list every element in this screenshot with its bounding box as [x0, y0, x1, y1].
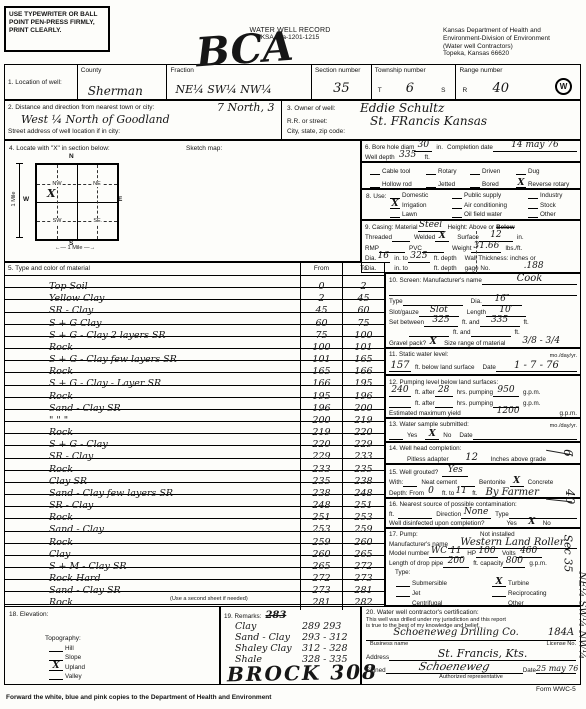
material-row: S + G - Clay 220 229: [5, 434, 384, 446]
location-label-cell: 1. Location of well:: [5, 65, 77, 99]
remark-text: Clay: [235, 621, 302, 632]
fraction-label: Fraction: [170, 67, 193, 75]
pump-type-option: Submersible: [396, 579, 492, 587]
owner-name: Eddie Schultz: [360, 101, 444, 115]
pumping-level-blank: 240: [389, 386, 411, 397]
capacity-gpm-label: g.p.m.: [529, 561, 547, 568]
remark-text: Sand - Clay: [235, 632, 302, 643]
dia2-suffix: ft. depth: [434, 266, 457, 273]
static-label: 11. Static water level:: [389, 352, 448, 359]
yield-blank: 1200: [461, 407, 556, 418]
use-checkbox: X: [390, 201, 400, 209]
pumping-level-value: 240: [391, 385, 408, 395]
section-number-cell: Section number 35: [311, 65, 371, 99]
set-to-value: 335: [491, 315, 508, 325]
pumping2-hours-blank: [435, 407, 453, 408]
method-option: Rotary: [426, 167, 470, 175]
instruction-line: USE TYPEWRITER OR BALL: [9, 11, 105, 19]
pump-model-label: Model number: [389, 551, 429, 558]
screen-label: 10. Screen: Manufacturer's name: [389, 278, 482, 285]
pump-type-checkbox: X: [492, 579, 506, 587]
county-label: County: [81, 67, 102, 75]
length-value: 10′: [499, 305, 513, 315]
size-range-label: Size range of material: [444, 341, 505, 348]
sample-no-label: No: [443, 433, 451, 440]
quadrant-sw: SW: [52, 218, 63, 224]
threaded-blank: [392, 241, 410, 242]
surface-unit: in.: [517, 235, 524, 242]
use-options: Domestic Public supply Industry X Irriga…: [362, 190, 580, 218]
sample-no-blank: X: [425, 431, 439, 440]
remark-text: Shaley Clay: [235, 643, 302, 654]
materials-header: 5. Type and color of material From To: [5, 263, 384, 276]
second-sheet-note: (Use a second sheet if needed): [168, 596, 250, 602]
neat-blank: [403, 486, 417, 487]
section-grid: NW NE SW SE X: [35, 163, 119, 241]
topography-checkbox: [49, 679, 63, 680]
method-checkbox: [470, 187, 480, 188]
grid-center-horizontal: [37, 202, 117, 203]
topography-option: Slope: [49, 654, 85, 661]
method-option-label: Reverse rotary: [528, 181, 569, 188]
threaded-label: Threaded: [365, 235, 392, 242]
mile-bottom-arrow-right: —→: [84, 245, 95, 251]
pump-type-option: X Turbine: [492, 579, 580, 587]
weight-value: 31.66: [474, 241, 500, 251]
license-blank: 184A: [546, 622, 576, 641]
owner-street-label: R.R. or street:: [287, 118, 327, 126]
topography-checkbox: X: [49, 663, 63, 671]
method-option: Hollow rod: [370, 179, 426, 188]
static-date-value: 1 - 7 - 76: [514, 360, 559, 371]
mile-left-cap-top: [16, 163, 23, 164]
use-option: Stock: [528, 201, 580, 209]
use-option: Lawn: [390, 211, 452, 218]
contamination-label: 16. Nearest source of possible contamina…: [389, 502, 517, 509]
range-cell: Range number R 40 W: [455, 65, 580, 99]
screen-type-label: Type: [389, 299, 403, 306]
remarks-big-note: BROCK 308: [227, 660, 378, 687]
method-option-label: Hollow rod: [382, 181, 412, 188]
use-option: Domestic: [390, 192, 452, 199]
casing-divider: [476, 231, 477, 273]
weight-unit: lbs./ft.: [505, 246, 522, 253]
static-date-blank: 1 - 7 - 76: [496, 360, 577, 372]
yield-label: Estimated maximum yield: [389, 411, 461, 418]
grout-to-label: ft. to: [442, 491, 454, 498]
grout-ft-label: ft.: [472, 491, 477, 498]
set-to-blank: 335: [480, 316, 520, 327]
from-header: From: [300, 263, 342, 275]
section-2-distance: 2. Distance and direction from nearest t…: [5, 101, 281, 139]
casing-label: 9. Casing: Material: [365, 225, 418, 232]
remarks-rows: Clay 289 293 Sand - Clay 293 - 312 Shale…: [221, 621, 360, 665]
topography-checkbox: [49, 651, 63, 652]
method-option: Dug: [516, 167, 582, 175]
section-4-locate: 4. Locate with "X" in section below: Ske…: [4, 140, 361, 262]
signature-date-value: 25 may 76: [536, 664, 578, 673]
pump-type-option-label: Submersible: [412, 580, 447, 587]
section-8-use: 8. Use: Domestic Public supply Industry: [361, 189, 581, 220]
compass-w: W: [23, 196, 29, 204]
pump-type-option-label: Reciprocating: [508, 590, 547, 597]
owner-label: 3. Owner of well:: [287, 105, 335, 113]
mile-bottom-arrow-left: ←—: [55, 245, 66, 251]
remark-row: Sand - Clay 293 - 312: [221, 632, 360, 643]
pump-mfr-value: Western Land Roller: [460, 537, 564, 548]
topography-option-label: Slope: [65, 654, 81, 661]
address-blank: St. Francis, Kts.: [389, 647, 576, 661]
section-13-sample: 13. Water sample submitted: mo./day/yr. …: [385, 418, 581, 442]
distance-value-2: West ¼ North of Goodland: [21, 113, 170, 126]
sample-label: 13. Water sample submitted:: [389, 422, 469, 429]
township-cell: Township number T 6 S: [371, 65, 456, 99]
use-option-label: Stock: [540, 202, 556, 209]
welded-label: Welded: [414, 235, 435, 242]
pumping-gpm-blank: 950: [493, 386, 519, 397]
use-checkbox: [452, 217, 462, 218]
section-16-contamination: 16. Nearest source of possible contamina…: [385, 498, 581, 528]
material-row: Clay 260 265: [5, 544, 384, 556]
topography-options: Hill Slope X Upland Valley: [49, 645, 85, 680]
stamp-bca: BCA: [194, 23, 294, 77]
dia1-mid: in. to: [394, 256, 408, 263]
material-row: S + G - Clay - Layer SR 166 195: [5, 373, 384, 385]
gage-label: gage No.: [465, 266, 491, 273]
material-row: Yellow Clay 2 45: [5, 288, 384, 300]
size-range-value: 3/8 - 3/4: [522, 336, 560, 346]
license-value: 184A: [548, 627, 574, 638]
capacity-value: 800: [506, 556, 523, 566]
grout-value: Yes: [448, 465, 463, 475]
topography-option: Valley: [49, 673, 85, 680]
screen-mfr-value: Cook: [517, 273, 543, 284]
township-t: T: [378, 87, 382, 95]
method-checkbox: [516, 174, 526, 175]
method-option-label: Bored: [482, 181, 499, 188]
section-number-value: 35: [312, 81, 371, 96]
signature-date-blank: 25 may 76: [536, 664, 576, 674]
drop-pipe-label: Length of drop pipe: [389, 561, 443, 568]
section-12-pumping: 12. Pumping level below land surfaces: 2…: [385, 375, 581, 418]
grout-by-value: By Farmer: [486, 487, 539, 498]
weight-label: Weight: [452, 246, 471, 253]
topography-option: Hill: [49, 645, 85, 652]
use-checkbox: [452, 208, 462, 209]
instruction-line: POINT PEN-PRESS FIRMLY,: [9, 19, 105, 27]
method-option-label: Jetted: [438, 181, 455, 188]
grout-with-label: With:: [389, 480, 403, 487]
signature-blank: Schoeneweg: [386, 660, 523, 674]
gravel-label: Gravel pack?: [389, 341, 426, 348]
remark-range: 289 293: [302, 621, 360, 632]
capacity-label: ft. capacity: [473, 561, 503, 568]
instruction-box: USE TYPEWRITER OR BALL POINT PEN-PRESS F…: [4, 6, 110, 52]
material-row: Sand - Clay SR 196 200: [5, 398, 384, 410]
sample-no-mark: X: [429, 429, 436, 439]
dia1-suffix: ft. depth: [434, 256, 457, 263]
section-5-materials: 5. Type and color of material From To To…: [4, 262, 385, 607]
topography-option: X Upland: [49, 663, 85, 671]
margin-note-range: 40: [563, 489, 577, 509]
pumping-after-label: ft. after: [415, 390, 435, 397]
instruction-line: PRINT CLEARLY.: [9, 27, 105, 35]
size-range-blank: 3/8 - 3/4: [505, 337, 577, 348]
method-option: Cable tool: [370, 167, 426, 175]
method-option: Bored: [470, 179, 516, 188]
gage-blank: .188: [490, 262, 577, 273]
set-ft: ft.: [524, 320, 529, 327]
use-checkbox: [528, 208, 538, 209]
use-option-label: Domestic: [402, 192, 428, 199]
use-option-label: Public supply: [464, 192, 501, 199]
quadrant-ne: NE: [92, 181, 102, 187]
set2-ft-and: ft. and: [453, 330, 471, 337]
use-option-label: Oil field water: [464, 211, 502, 218]
direction-value: None: [464, 507, 488, 517]
welded-mark: X: [439, 231, 446, 241]
sample-date-blank: [473, 439, 577, 440]
dia2-label: Dia.: [365, 266, 376, 273]
sample-date-label: Date: [459, 433, 472, 440]
method-checkbox: X: [516, 180, 526, 188]
material-row: Rock 259 260: [5, 532, 384, 544]
use-option-label: Lawn: [402, 211, 417, 218]
mile-left-line: [19, 163, 20, 237]
section-3-owner: 3. Owner of well: Eddie Schultz R.R. or …: [281, 101, 580, 139]
owner-street-value: St. FRancis Kansas: [370, 114, 487, 128]
topography-option-label: Valley: [65, 673, 82, 680]
contamination-type-label: Type: [495, 512, 509, 519]
material-row: Rock 165 166: [5, 361, 384, 373]
grid-dash-v1: [57, 165, 58, 239]
pump-type-option: Reciprocating: [492, 590, 580, 597]
static-below-label: ft. below land surface: [415, 365, 475, 372]
range-value: 40: [492, 81, 509, 96]
method-option-label: Dug: [528, 168, 540, 175]
pump-type-checkbox: [396, 586, 410, 587]
section-15-grout: 15. Well grouted? Yes With: Neat cement …: [385, 464, 581, 498]
use-option: Other: [528, 211, 580, 218]
remark-range: 293 - 312: [302, 632, 360, 643]
agency-line: Environment-Division of Environment: [443, 35, 550, 43]
grout-to-blank: 11: [454, 487, 468, 498]
materials-body: Top Soil 0 2 Yellow Clay 2 45 SR - Clay …: [5, 276, 384, 605]
grid-dash-h1: [37, 184, 117, 185]
pump-type-options: Submersible X Turbine Jet Reciprocating: [386, 577, 580, 607]
dia1-depth-blank: 325: [408, 252, 430, 263]
material-row: SR - Clay 45 60: [5, 300, 384, 312]
wellhead-label: 14. Well head completion:: [389, 446, 461, 453]
pump-type-option: Jet: [396, 590, 492, 597]
section-11-static: 11. Static water level: mo./day/yr. 157 …: [385, 348, 581, 375]
pump-hp-blank: 100: [476, 547, 498, 558]
grid-dash-v2: [97, 165, 98, 239]
method-option: Jetted: [426, 179, 470, 188]
topography-label: Topography:: [45, 635, 81, 643]
certification-label: 20. Water well contractor's certificatio…: [366, 609, 576, 617]
use-option: Oil field water: [452, 211, 528, 218]
county-value: Sherman: [88, 84, 143, 98]
material-row: S + M - Clay SR 265 272: [5, 556, 384, 568]
authorized-rep-label: Authorized representative: [366, 674, 576, 680]
margin-note-township: 6: [561, 449, 575, 457]
township-s: S: [441, 87, 445, 95]
static-date-label: Date: [483, 365, 496, 372]
business-name-value: Schoeneweg Drilling Co.: [393, 627, 519, 638]
section-6-bore: 6. Bore hole diam 30 in. Completion date…: [361, 140, 581, 162]
grid-dash-h2: [37, 221, 117, 222]
section-19-remarks: 19. Remarks: 283 Clay 289 293 Sand - Cla…: [220, 606, 361, 685]
material-row: Rock 233 235: [5, 459, 384, 471]
use-option-label: Air conditioning: [464, 202, 507, 209]
completion-value: 14 may 76: [511, 140, 559, 150]
use-option-label: Other: [540, 211, 556, 218]
drop-pipe-blank: 200: [443, 557, 469, 568]
screen-dia-label: Dia.: [471, 299, 482, 306]
method-checkbox: [370, 187, 380, 188]
use-checkbox: [390, 217, 400, 218]
method-checkbox: [370, 174, 380, 175]
contamination-ft-blank: [398, 518, 432, 519]
gravel-blank: X: [426, 339, 440, 348]
section-20-certification: 20. Water well contractor's certificatio…: [361, 606, 581, 685]
use-option: X Irrigation: [390, 201, 452, 209]
gravel-mark: X: [430, 337, 437, 347]
topography-option-label: Hill: [65, 645, 74, 652]
footer-distribution: Forward the white, blue and pink copies …: [6, 694, 271, 702]
slot-value: Slot: [430, 305, 448, 315]
static-level-value: 157: [390, 360, 409, 371]
material-row: Rock Hard 272 273: [5, 568, 384, 580]
mile-left-label: 1 Mile: [11, 176, 17, 222]
pump-label: 17. Pump:: [389, 532, 418, 539]
set-from-value: 325: [432, 315, 449, 325]
yield-value: 1200: [497, 406, 520, 416]
remarks-label: 19. Remarks:: [224, 614, 261, 621]
material-row: Top Soil 0 2: [5, 276, 384, 288]
locate-label: 4. Locate with "X" in section below:: [9, 145, 110, 153]
method-option-label: Cable tool: [382, 168, 410, 175]
capacity-blank: 800: [503, 557, 525, 568]
wellhead-height-value: 12: [465, 452, 478, 463]
materials-label: 5. Type and color of material: [5, 263, 300, 275]
bore-dia-value: 30: [418, 140, 429, 150]
pump-type-option-label: Jet: [412, 590, 420, 597]
set-ft-and: ft. and: [462, 320, 480, 327]
material-row: S + G - Clay few layers SR 101 165: [5, 349, 384, 361]
pump-type-label: Type:: [395, 570, 410, 577]
well-depth-value: 335: [399, 150, 416, 160]
grout-from-blank: 0: [424, 487, 438, 498]
use-checkbox: [528, 198, 538, 199]
material-row: Sand - Clay 253 259: [5, 519, 384, 531]
pumping2-after-label: ft. after: [415, 401, 435, 408]
sketch-map-label: Sketch map:: [186, 145, 222, 153]
county-cell: County Sherman: [77, 65, 167, 99]
completion-blank: 14 may 76: [493, 141, 577, 152]
agency-line: Topeka, Kansas 66620: [443, 50, 550, 58]
use-option: Air conditioning: [452, 201, 528, 209]
use-option: Public supply: [452, 192, 528, 199]
topography-option-label: Upland: [65, 664, 85, 671]
drop-pipe-value: 200: [448, 556, 465, 566]
section-10-screen: 10. Screen: Manufacturer's name Cook Typ…: [385, 273, 581, 348]
section-18-elevation: 18. Elevation: Topography: Hill Slope X …: [4, 606, 220, 685]
contamination-type-blank: [509, 518, 577, 519]
location-label: 1. Location of well:: [8, 79, 62, 87]
grout-label: 15. Well grouted?: [389, 470, 438, 477]
pumping-gpm-value: 950: [497, 385, 514, 395]
dia1-depth-value: 325: [410, 251, 427, 261]
material-row: Rock 100 101: [5, 337, 384, 349]
wellhead-height-blank: 12: [457, 452, 487, 464]
pumping2-level-blank: [389, 407, 411, 408]
quadrant-se: SE: [92, 218, 101, 224]
pump-type-checkbox: [492, 596, 506, 597]
grout-to-value: 11: [456, 486, 467, 496]
grout-from-value: 0: [428, 486, 434, 496]
set-between-label: Set between: [389, 320, 424, 327]
bore-in-label: in.: [436, 145, 443, 152]
method-checkbox: [426, 174, 436, 175]
section-number-label: Section number: [315, 67, 361, 75]
margin-note-section: Sec 35: [562, 535, 575, 575]
surface-value: 12: [490, 230, 501, 240]
material-row: S + G Clay 60 75: [5, 313, 384, 325]
casing-material-value: Steel: [419, 220, 442, 230]
material-row: Rock 195 196: [5, 386, 384, 398]
use-option-label: Industry: [540, 192, 562, 199]
township-value: 6: [406, 81, 414, 96]
distance-label: 2. Distance and direction from nearest t…: [8, 104, 154, 112]
sample-yes-blank: [389, 439, 403, 440]
section-17-pump: 17. Pump: Not installed Manufacturer's n…: [385, 528, 581, 606]
fraction-value: NE¼ SW¼ NW¼: [175, 83, 271, 96]
pump-type-option-label: Turbine: [508, 580, 529, 587]
row-distance-owner: 2. Distance and direction from nearest t…: [4, 100, 581, 140]
wellhead-suffix: Inches above grade: [491, 457, 546, 464]
material-row: " " " 200 219: [5, 410, 384, 422]
remark-range: 312 - 328: [302, 643, 360, 654]
remark-row: Shaley Clay 312 - 328: [221, 643, 360, 654]
use-label: 8. Use:: [366, 193, 387, 201]
pumping-hours-blank: 28: [435, 386, 453, 397]
material-row: Sand - Clay SR 273 281: [5, 580, 384, 592]
remarks-struck: 283: [265, 610, 286, 621]
material-row: SR - Clay 248 251: [5, 495, 384, 507]
compass-n: N: [69, 153, 74, 161]
mile-bottom-text: 1 Mile: [68, 245, 83, 251]
remark-row: Clay 289 293: [221, 621, 360, 632]
section-7-method: Cable tool Rotary Driven Dug Hollow rod: [361, 162, 581, 189]
material-row: Sand - Clay few layers SR 238 248: [5, 483, 384, 495]
dia1-label: Dia.: [365, 256, 376, 263]
elevation-label: 18. Elevation:: [9, 611, 48, 619]
method-checkbox: [470, 174, 480, 175]
form-number: Form WWC-5: [536, 686, 576, 694]
method-checkbox: [426, 187, 436, 188]
disinfected-no-blank: X: [525, 519, 539, 528]
welded-blank: X: [435, 233, 449, 242]
pumping-hours-value: 28: [438, 385, 449, 395]
dia2-mid: in. to: [394, 266, 408, 273]
use-checkbox: [528, 217, 538, 218]
range-r: R: [462, 87, 467, 95]
pitless-label: Pitless adapter: [407, 457, 449, 464]
material-row: S + G - Clay 2 layers SR 75 100: [5, 325, 384, 337]
pumping-gpm-label: g.p.m.: [523, 390, 541, 397]
